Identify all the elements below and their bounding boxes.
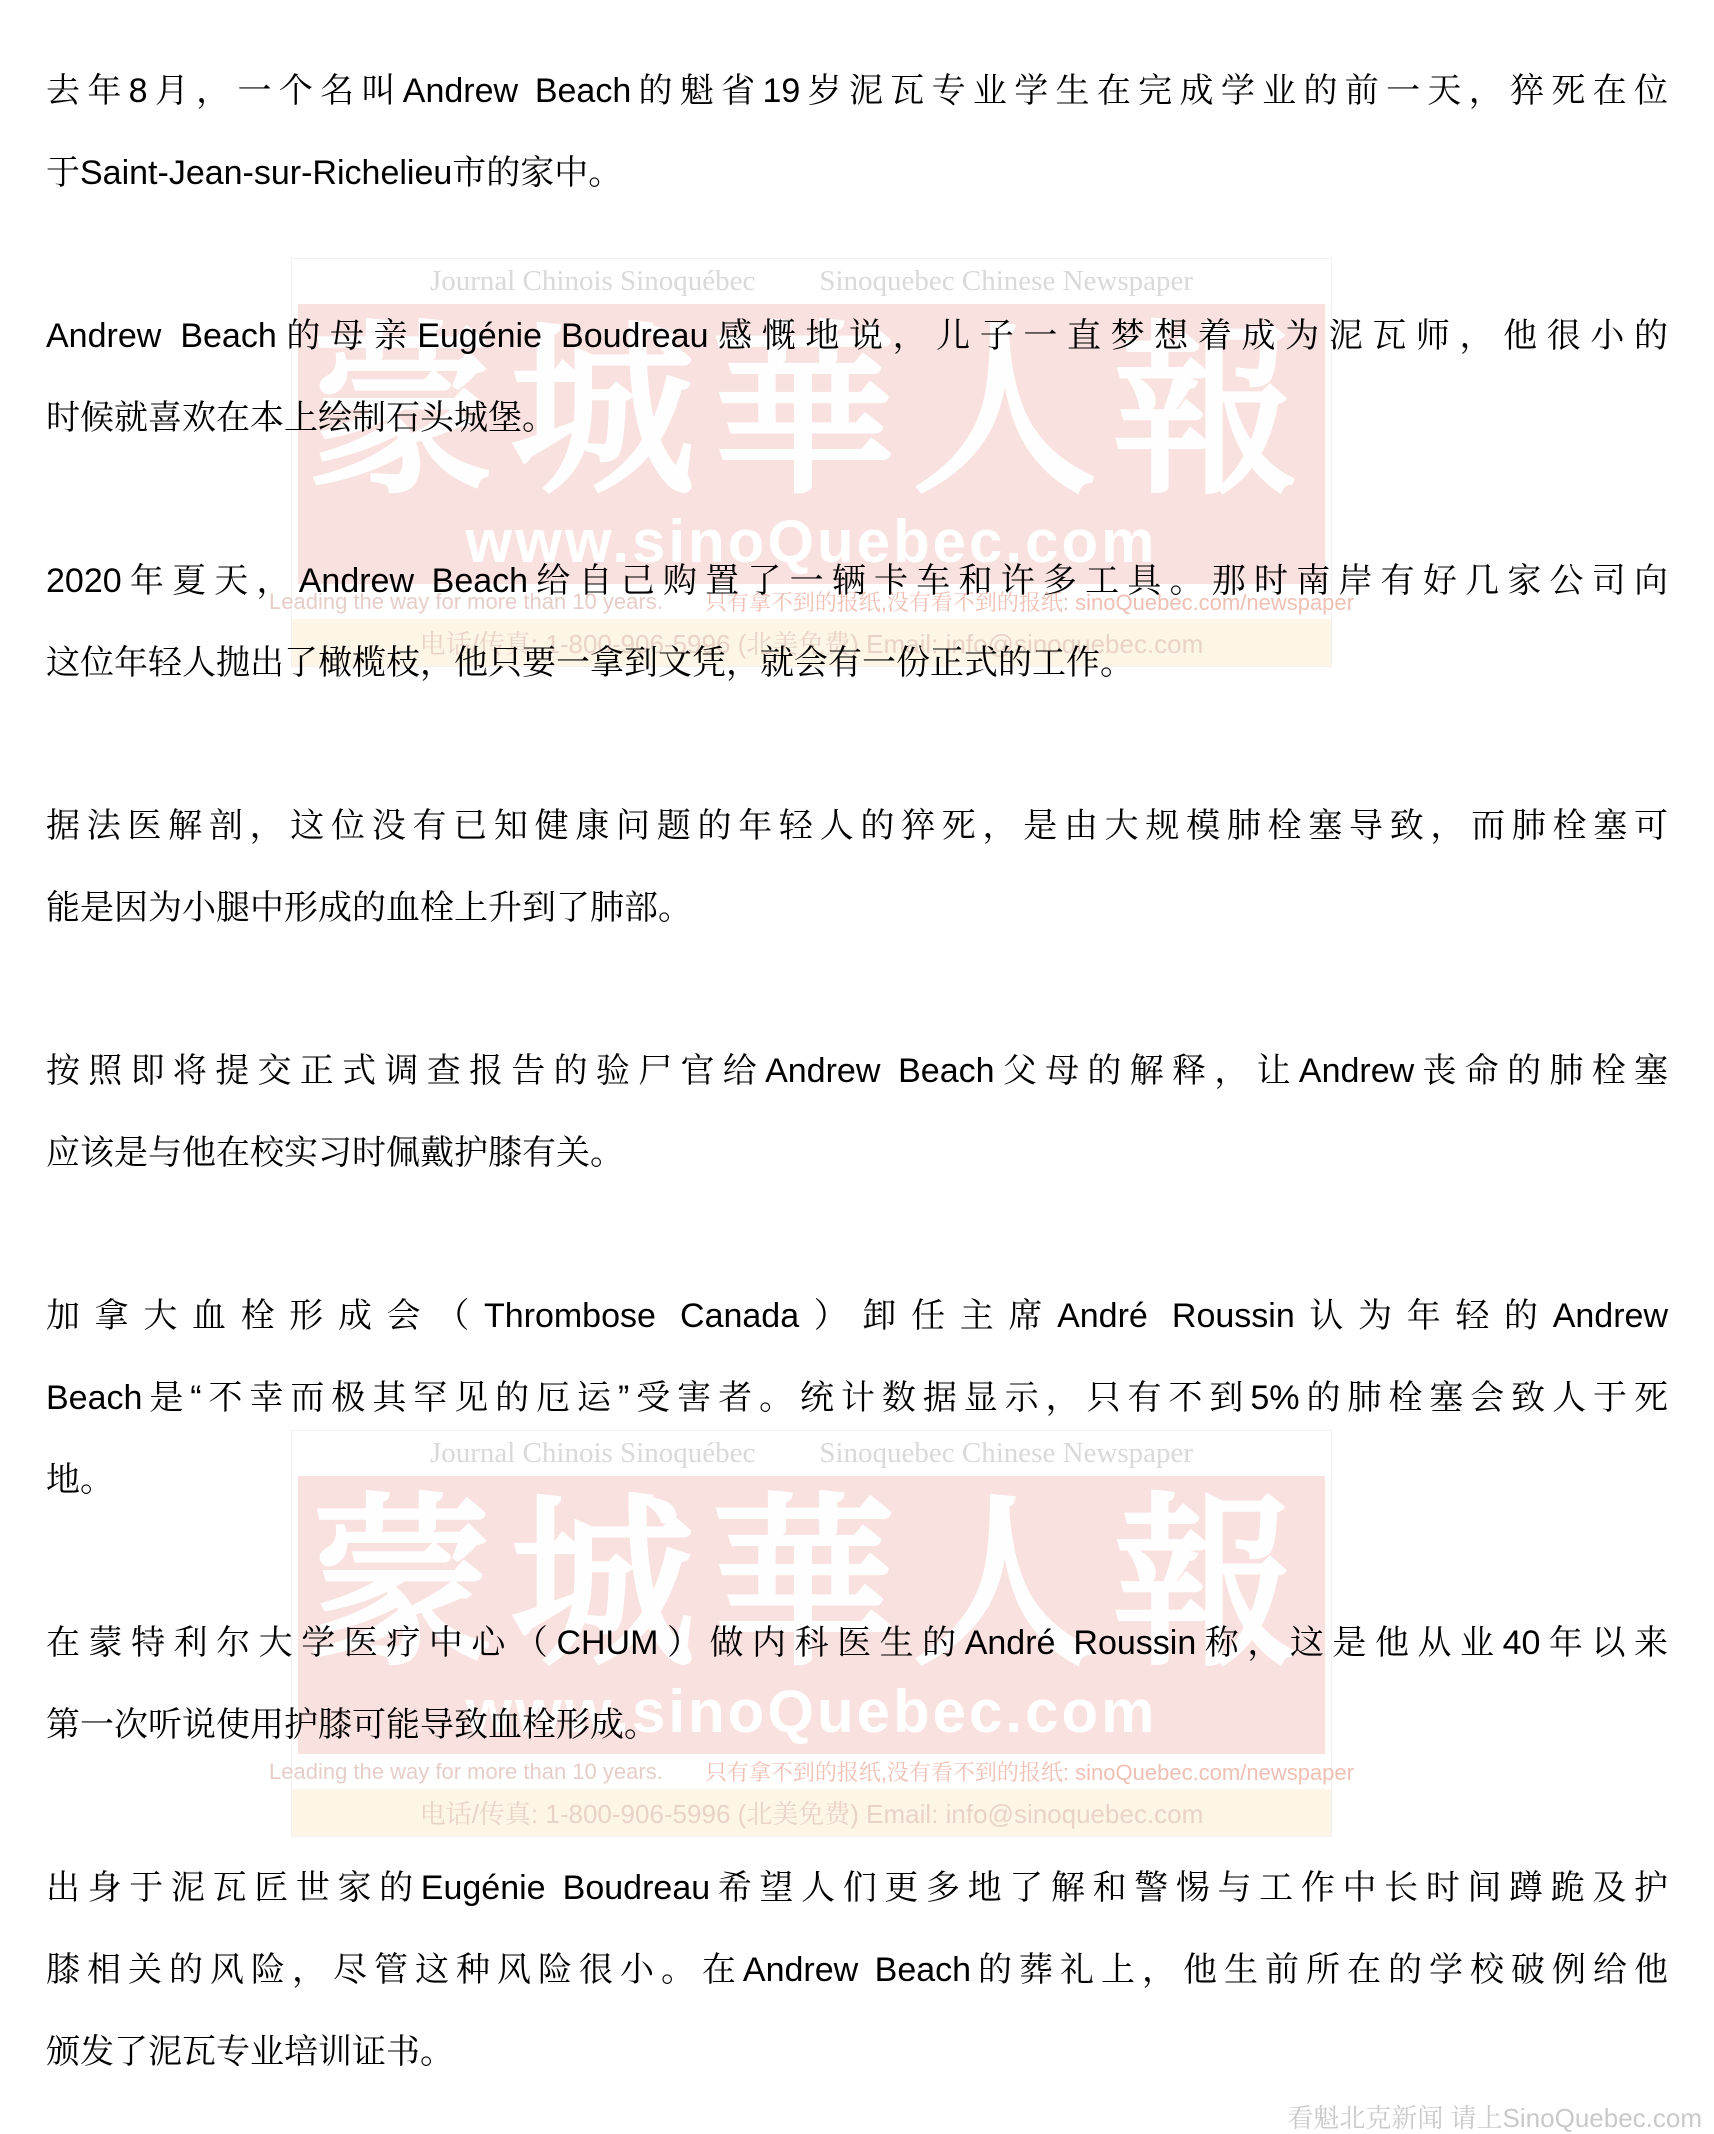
article-line: 地。	[46, 1439, 1668, 1521]
article-line: Andrew Beach的母亲Eugénie Boudreau感慨地说，儿子一直…	[46, 295, 1668, 377]
article-paragraph: 加拿大血栓形成会（Thrombose Canada）卸任主席André Rous…	[46, 1275, 1668, 1521]
article-paragraph: 在蒙特利尔大学医疗中心（CHUM）做内科医生的André Roussin称，这是…	[46, 1602, 1668, 1766]
article-line: 去年8月，一个名叫Andrew Beach的魁省19岁泥瓦专业学生在完成学业的前…	[46, 50, 1668, 132]
article-line: 2020年夏天，Andrew Beach给自己购置了一辆卡车和许多工具。那时南岸…	[46, 540, 1668, 622]
article-line: 能是因为小腿中形成的血栓上升到了肺部。	[46, 867, 1668, 949]
article-paragraph: 按照即将提交正式调查报告的验尸官给Andrew Beach父母的解释，让Andr…	[46, 1030, 1668, 1194]
article-line: 于Saint-Jean-sur-Richelieu市的家中。	[46, 132, 1668, 214]
article-paragraph: Andrew Beach的母亲Eugénie Boudreau感慨地说，儿子一直…	[46, 295, 1668, 459]
article-body: 去年8月，一个名叫Andrew Beach的魁省19岁泥瓦专业学生在完成学业的前…	[0, 0, 1714, 2093]
article-paragraph: 出身于泥瓦匠世家的Eugénie Boudreau希望人们更多地了解和警惕与工作…	[46, 1847, 1668, 2093]
article-line: 出身于泥瓦匠世家的Eugénie Boudreau希望人们更多地了解和警惕与工作…	[46, 1847, 1668, 1929]
article-paragraph: 据法医解剖，这位没有已知健康问题的年轻人的猝死，是由大规模肺栓塞导致，而肺栓塞可…	[46, 785, 1668, 949]
article-paragraph: 去年8月，一个名叫Andrew Beach的魁省19岁泥瓦专业学生在完成学业的前…	[46, 50, 1668, 214]
article-line: 时候就喜欢在本上绘制石头城堡。	[46, 377, 1668, 459]
article-line: 第一次听说使用护膝可能导致血栓形成。	[46, 1684, 1668, 1766]
article-line: Beach是“不幸而极其罕见的厄运”受害者。统计数据显示，只有不到5%的肺栓塞会…	[46, 1357, 1668, 1439]
article-line: 颁发了泥瓦专业培训证书。	[46, 2011, 1668, 2093]
article-line: 膝相关的风险，尽管这种风险很小。在Andrew Beach的葬礼上，他生前所在的…	[46, 1929, 1668, 2011]
article-paragraph: 2020年夏天，Andrew Beach给自己购置了一辆卡车和许多工具。那时南岸…	[46, 540, 1668, 704]
article-line: 应该是与他在校实习时佩戴护膝有关。	[46, 1112, 1668, 1194]
article-line: 在蒙特利尔大学医疗中心（CHUM）做内科医生的André Roussin称，这是…	[46, 1602, 1668, 1684]
article-line: 加拿大血栓形成会（Thrombose Canada）卸任主席André Rous…	[46, 1275, 1668, 1357]
article-line: 按照即将提交正式调查报告的验尸官给Andrew Beach父母的解释，让Andr…	[46, 1030, 1668, 1112]
article-line: 据法医解剖，这位没有已知健康问题的年轻人的猝死，是由大规模肺栓塞导致，而肺栓塞可	[46, 785, 1668, 867]
page-footer-note: 看魁北克新闻 请上SinoQuebec.com	[1287, 2098, 1702, 2134]
article-line: 这位年轻人抛出了橄榄枝，他只要一拿到文凭，就会有一份正式的工作。	[46, 622, 1668, 704]
